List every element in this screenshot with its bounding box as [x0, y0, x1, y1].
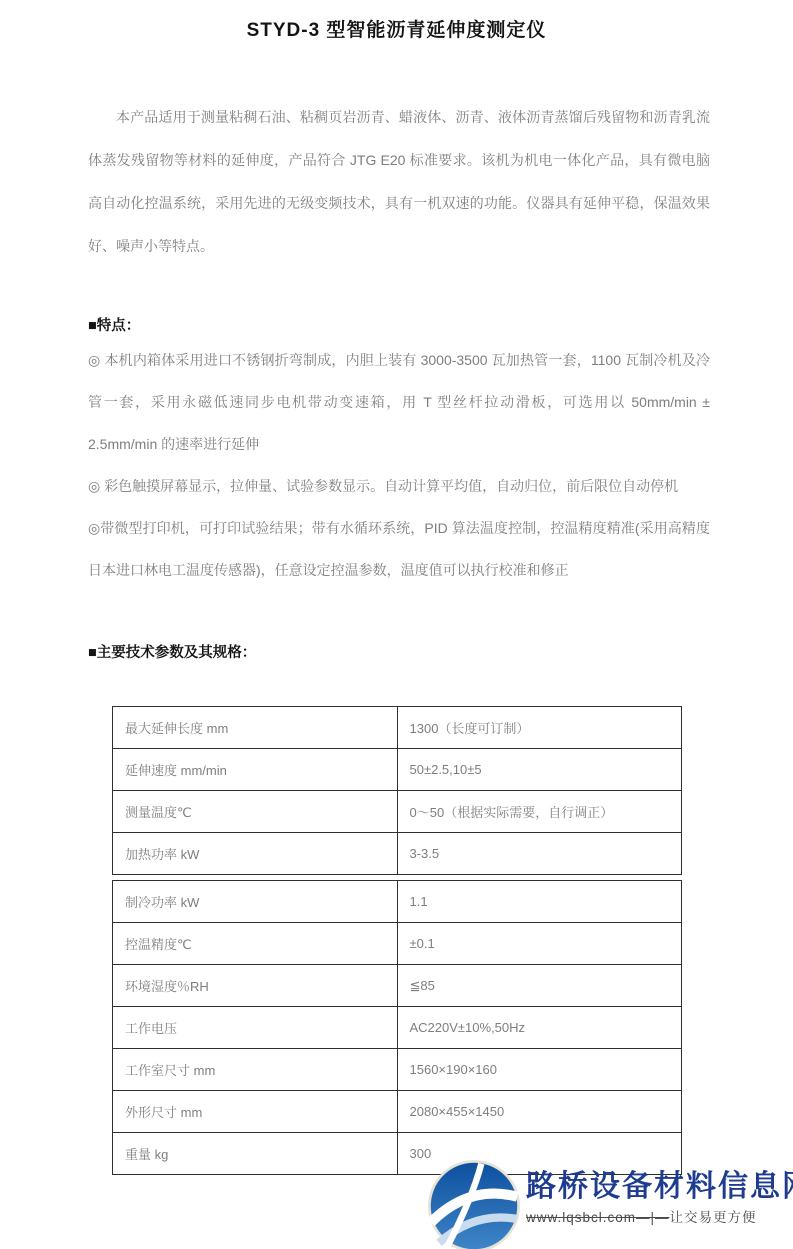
table-row: 控温精度℃±0.1: [113, 923, 682, 965]
features-list: ◎ 本机内箱体采用进口不锈钢折弯制成，内胆上装有 3000-3500 瓦加热管一…: [88, 339, 710, 591]
spec-label: 外形尺寸 mm: [113, 1091, 398, 1133]
spec-value: AC220V±10%,50Hz: [397, 1007, 682, 1049]
spec-value: 1560×190×160: [397, 1049, 682, 1091]
spec-label: 最大延伸长度 mm: [113, 707, 398, 749]
watermark-url: www.lqsbcl.com: [526, 1210, 636, 1225]
spec-label: 制冷功率 kW: [113, 881, 398, 923]
watermark-tagline: www.lqsbcl.com—|—让交易更方便: [526, 1206, 793, 1226]
watermark-text-block: 路桥设备材料信息网 www.lqsbcl.com—|—让交易更方便: [526, 1160, 793, 1226]
spec-label: 工作室尺寸 mm: [113, 1049, 398, 1091]
table-row: 外形尺寸 mm2080×455×1450: [113, 1091, 682, 1133]
table-row: 测量温度℃0～50（根据实际需要，自行调正）: [113, 791, 682, 833]
table-row: 制冷功率 kW1.1: [113, 881, 682, 923]
page-title: STYD-3 型智能沥青延伸度测定仪: [0, 0, 793, 42]
feature-item: ◎带微型打印机，可打印试验结果；带有水循环系统，PID 算法温度控制，控温精度精…: [88, 507, 710, 591]
spec-label: 环境湿度％RH: [113, 965, 398, 1007]
spec-value: ±0.1: [397, 923, 682, 965]
spec-value: 1.1: [397, 881, 682, 923]
watermark-separator: —|—: [636, 1210, 670, 1225]
spec-value: 3-3.5: [397, 833, 682, 875]
spec-label: 测量温度℃: [113, 791, 398, 833]
spec-value: 50±2.5,10±5: [397, 749, 682, 791]
table-row: 延伸速度 mm/min50±2.5,10±5: [113, 749, 682, 791]
table-row: 最大延伸长度 mm1300（长度可订制）: [113, 707, 682, 749]
table-row: 工作电压AC220V±10%,50Hz: [113, 1007, 682, 1049]
spec-label: 加热功率 kW: [113, 833, 398, 875]
features-heading: ■特点：: [88, 314, 710, 335]
table-row: 工作室尺寸 mm1560×190×160: [113, 1049, 682, 1091]
feature-item: ◎ 彩色触摸屏幕显示，拉伸量、试验参数显示。自动计算平均值，自动归位，前后限位自…: [88, 465, 710, 507]
watermark-slogan: 让交易更方便: [670, 1210, 757, 1225]
specs-heading: ■主要技术参数及其规格：: [88, 641, 710, 662]
specs-table-1: 最大延伸长度 mm1300（长度可订制）延伸速度 mm/min50±2.5,10…: [112, 706, 682, 875]
spec-value: ≦85: [397, 965, 682, 1007]
table-row: 加热功率 kW3-3.5: [113, 833, 682, 875]
spec-label: 工作电压: [113, 1007, 398, 1049]
feature-item: ◎ 本机内箱体采用进口不锈钢折弯制成，内胆上装有 3000-3500 瓦加热管一…: [88, 339, 710, 465]
site-watermark: 路桥设备材料信息网 www.lqsbcl.com—|—让交易更方便: [428, 1160, 793, 1249]
content-area: 本产品适用于测量粘稠石油、粘稠页岩沥青、蜡液体、沥青、液体沥青蒸馏后残留物和沥青…: [0, 96, 793, 1175]
spec-label: 控温精度℃: [113, 923, 398, 965]
spec-label: 延伸速度 mm/min: [113, 749, 398, 791]
spec-value: 0～50（根据实际需要，自行调正）: [397, 791, 682, 833]
intro-paragraph: 本产品适用于测量粘稠石油、粘稠页岩沥青、蜡液体、沥青、液体沥青蒸馏后残留物和沥青…: [88, 96, 710, 268]
table-row: 环境湿度％RH≦85: [113, 965, 682, 1007]
watermark-site-name: 路桥设备材料信息网: [526, 1170, 793, 1204]
bridge-globe-logo-icon: [428, 1160, 520, 1249]
spec-value: 1300（长度可订制）: [397, 707, 682, 749]
specs-table-2: 制冷功率 kW1.1控温精度℃±0.1环境湿度％RH≦85工作电压AC220V±…: [112, 880, 682, 1175]
spec-label: 重量 kg: [113, 1133, 398, 1175]
spec-value: 2080×455×1450: [397, 1091, 682, 1133]
document-page: STYD-3 型智能沥青延伸度测定仪 本产品适用于测量粘稠石油、粘稠页岩沥青、蜡…: [0, 0, 793, 1249]
